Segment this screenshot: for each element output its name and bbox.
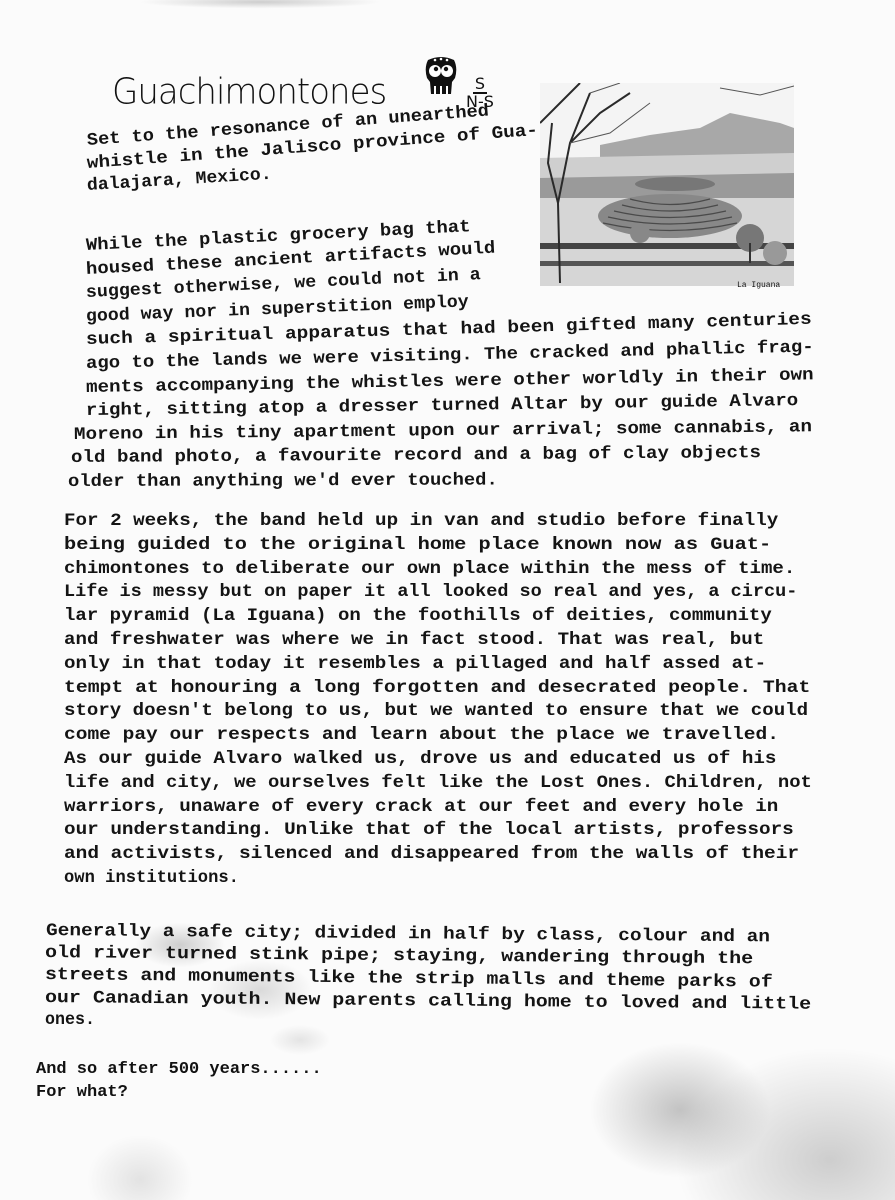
skull-icon <box>424 56 458 100</box>
page-title: Guachimontones <box>112 71 386 113</box>
text-line: lar pyramid (La Iguana) on the foothills… <box>64 605 772 627</box>
closing-line-2: For what? <box>36 1083 128 1102</box>
text-line: life and city, we ourselves felt like th… <box>64 772 812 794</box>
text-line: For 2 weeks, the band held up in van and… <box>64 510 778 532</box>
pyramid-photo <box>540 83 794 286</box>
text-line: Life is messy but on paper it all looked… <box>64 581 797 603</box>
text-line: ones. <box>45 1009 95 1031</box>
photo-caption: La Iguana <box>737 281 780 290</box>
text-line: and activists, silenced and disappeared … <box>64 843 799 865</box>
text-line: being guided to the original home place … <box>64 534 771 556</box>
text-line: only in that today it resembles a pillag… <box>64 653 766 675</box>
closing-line-1: And so after 500 years...... <box>36 1060 322 1079</box>
text-line: and freshwater was where we in fact stoo… <box>64 629 764 651</box>
text-line: warriors, unaware of every crack at our … <box>64 796 778 818</box>
text-line: tempt at honouring a long forgotten and … <box>64 677 810 699</box>
text-line: come pay our respects and learn about th… <box>64 724 779 746</box>
text-line: chimontones to deliberate our own place … <box>64 558 795 580</box>
text-line: own institutions. <box>64 867 239 889</box>
text-line: older than anything we'd ever touched. <box>68 469 498 493</box>
text-line: our understanding. Unlike that of the lo… <box>64 819 794 841</box>
text-line: story doesn't belong to us, but we wante… <box>64 700 808 722</box>
text-line: As our guide Alvaro walked us, drove us … <box>64 748 776 770</box>
